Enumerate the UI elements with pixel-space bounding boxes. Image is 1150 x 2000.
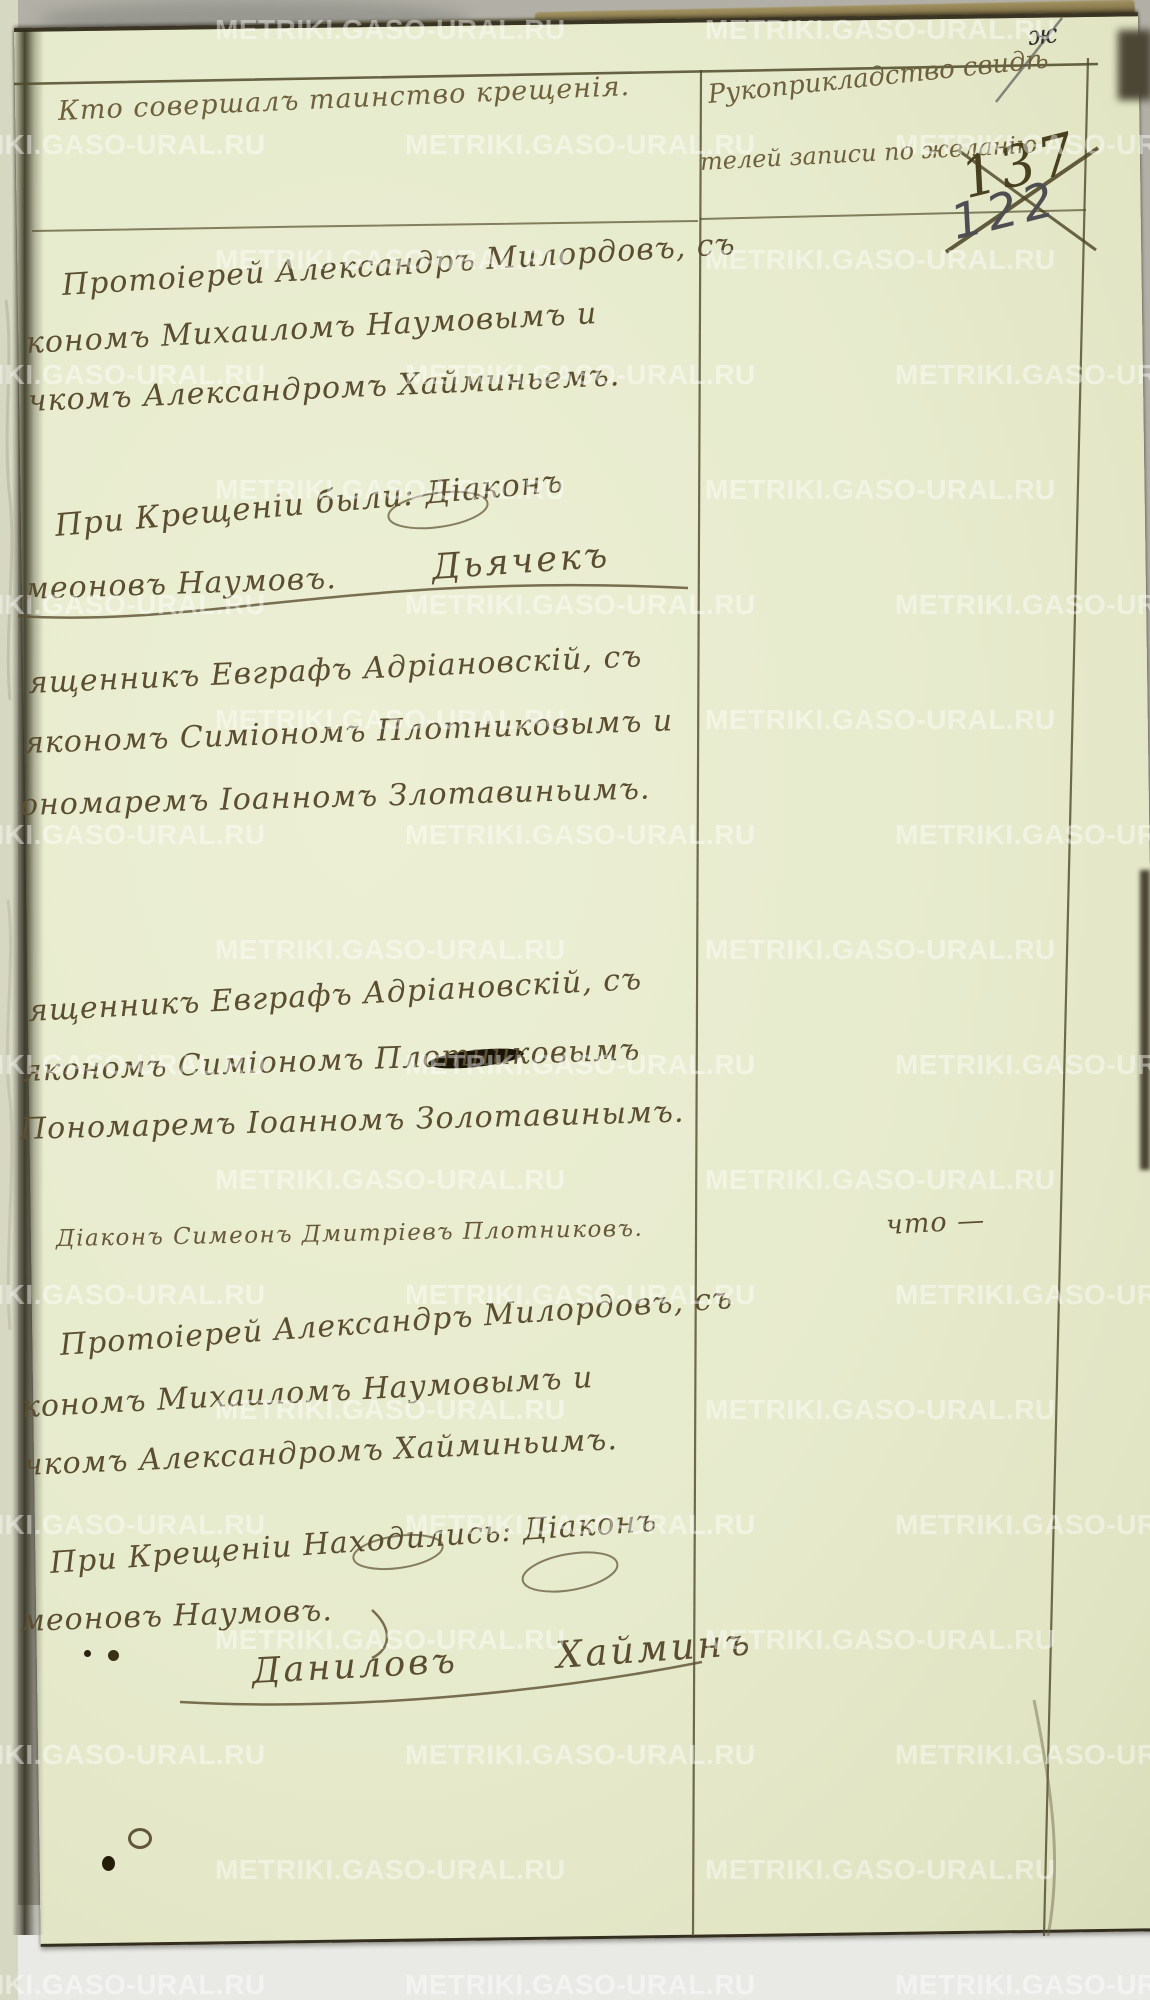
corner-folio-mark: ж bbox=[1026, 19, 1060, 52]
binding-gutter-shadow bbox=[12, 30, 44, 1935]
page-edge-shadow-right bbox=[1140, 870, 1150, 1170]
ink-spot-ring bbox=[128, 1828, 152, 1849]
ink-spot bbox=[84, 1650, 91, 1657]
ink-spot bbox=[102, 1856, 115, 1871]
scanned-register-page: { "page": { "watermark": "METRIKI.GASO-U… bbox=[0, 0, 1150, 2000]
right-column-note: что — bbox=[885, 1205, 986, 1241]
ink-spot bbox=[108, 1650, 119, 1661]
scan-shadow-topright bbox=[1118, 30, 1150, 100]
